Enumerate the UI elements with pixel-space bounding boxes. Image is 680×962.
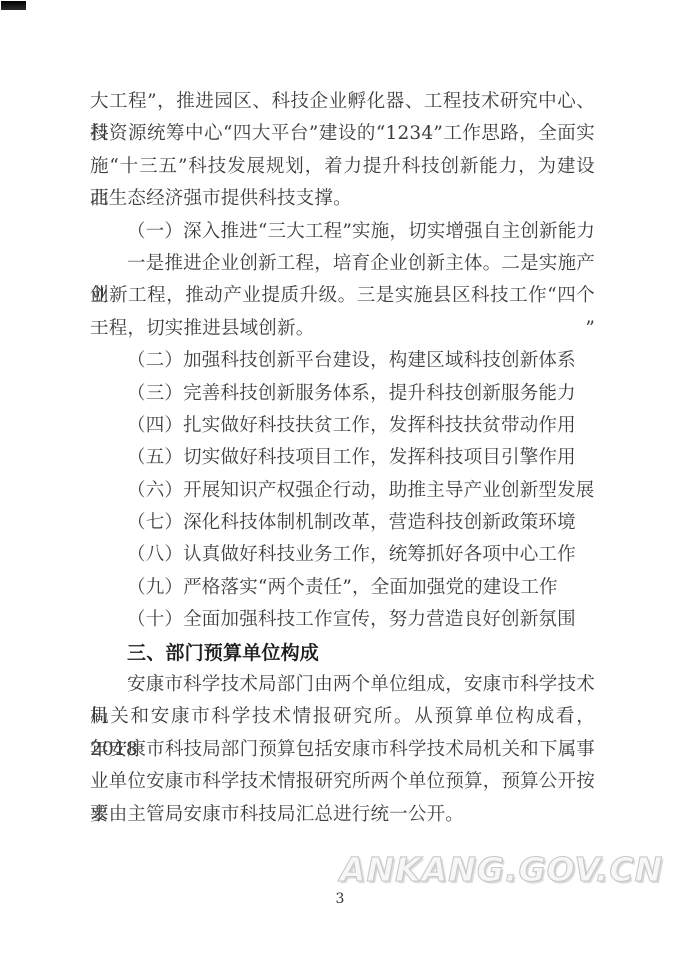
document-body: 大工程”，推进园区、科技企业孵化器、工程技术研究中心、科 技资源统筹中心“四大平… bbox=[90, 86, 595, 831]
paragraph-line: 技资源统筹中心“四大平台”建设的“1234”工作思路，全面实 bbox=[90, 118, 595, 150]
paragraph-line: 业单位安康市科学技术情报研究所两个单位预算，预算公开按要 bbox=[90, 766, 595, 798]
subsection-heading-line: （十）全面加强科技工作宣传，努力营造良好创新氛围 bbox=[90, 604, 595, 636]
paragraph-line: 施“十三五”科技发展规划，着力提升科技创新能力，为建设西 bbox=[90, 151, 595, 183]
paragraph-line: 北生态经济强市提供科技支撑。 bbox=[90, 183, 595, 215]
paragraph-line: 一是推进企业创新工程，培育企业创新主体。二是实施产业 bbox=[90, 248, 595, 280]
paragraph-line: 安康市科学技术局部门由两个单位组成，安康市科学技术局 bbox=[90, 669, 595, 701]
subsection-heading-line: （五）切实做好科技项目工作，发挥科技项目引擎作用 bbox=[90, 442, 595, 474]
subsection-heading-line: （二）加强科技创新平台建设，构建区域科技创新体系 bbox=[90, 345, 595, 377]
watermark: ANKANG.GOV.CN bbox=[340, 850, 663, 889]
subsection-heading-line: （九）严格落实“两个责任”，全面加强党的建设工作 bbox=[90, 572, 595, 604]
subsection-heading-line: （一）深入推进“三大工程”实施，切实增强自主创新能力 bbox=[90, 216, 595, 248]
subsection-heading-line: （八）认真做好科技业务工作，统筹抓好各项中心工作 bbox=[90, 539, 595, 571]
scan-artifact bbox=[1, 1, 26, 10]
paragraph-line: 大工程”，推进园区、科技企业孵化器、工程技术研究中心、科 bbox=[90, 86, 595, 118]
page-number: 3 bbox=[0, 891, 680, 907]
subsection-heading-line: （六）开展知识产权强企行动，助推主导产业创新型发展 bbox=[90, 475, 595, 507]
subsection-heading-line: （七）深化科技体制机制改革，营造科技创新政策环境 bbox=[90, 507, 595, 539]
paragraph-line: 求由主管局安康市科技局汇总进行统一公开。 bbox=[90, 799, 595, 831]
paragraph-line: 机关和安康市科学技术情报研究所。从预算单位构成看，2018 bbox=[90, 701, 595, 733]
paragraph-line: 年安康市科技局部门预算包括安康市科学技术局机关和下属事 bbox=[90, 734, 595, 766]
paragraph-line: 创新工程，推动产业提质升级。三是实施县区科技工作“四个一” bbox=[90, 280, 595, 312]
subsection-heading-line: （四）扎实做好科技扶贫工作，发挥科技扶贫带动作用 bbox=[90, 410, 595, 442]
subsection-heading-line: （三）完善科技创新服务体系，提升科技创新服务能力 bbox=[90, 378, 595, 410]
section-heading: 三、部门预算单位构成 bbox=[90, 637, 595, 669]
document-page: 大工程”，推进园区、科技企业孵化器、工程技术研究中心、科 技资源统筹中心“四大平… bbox=[0, 0, 680, 962]
